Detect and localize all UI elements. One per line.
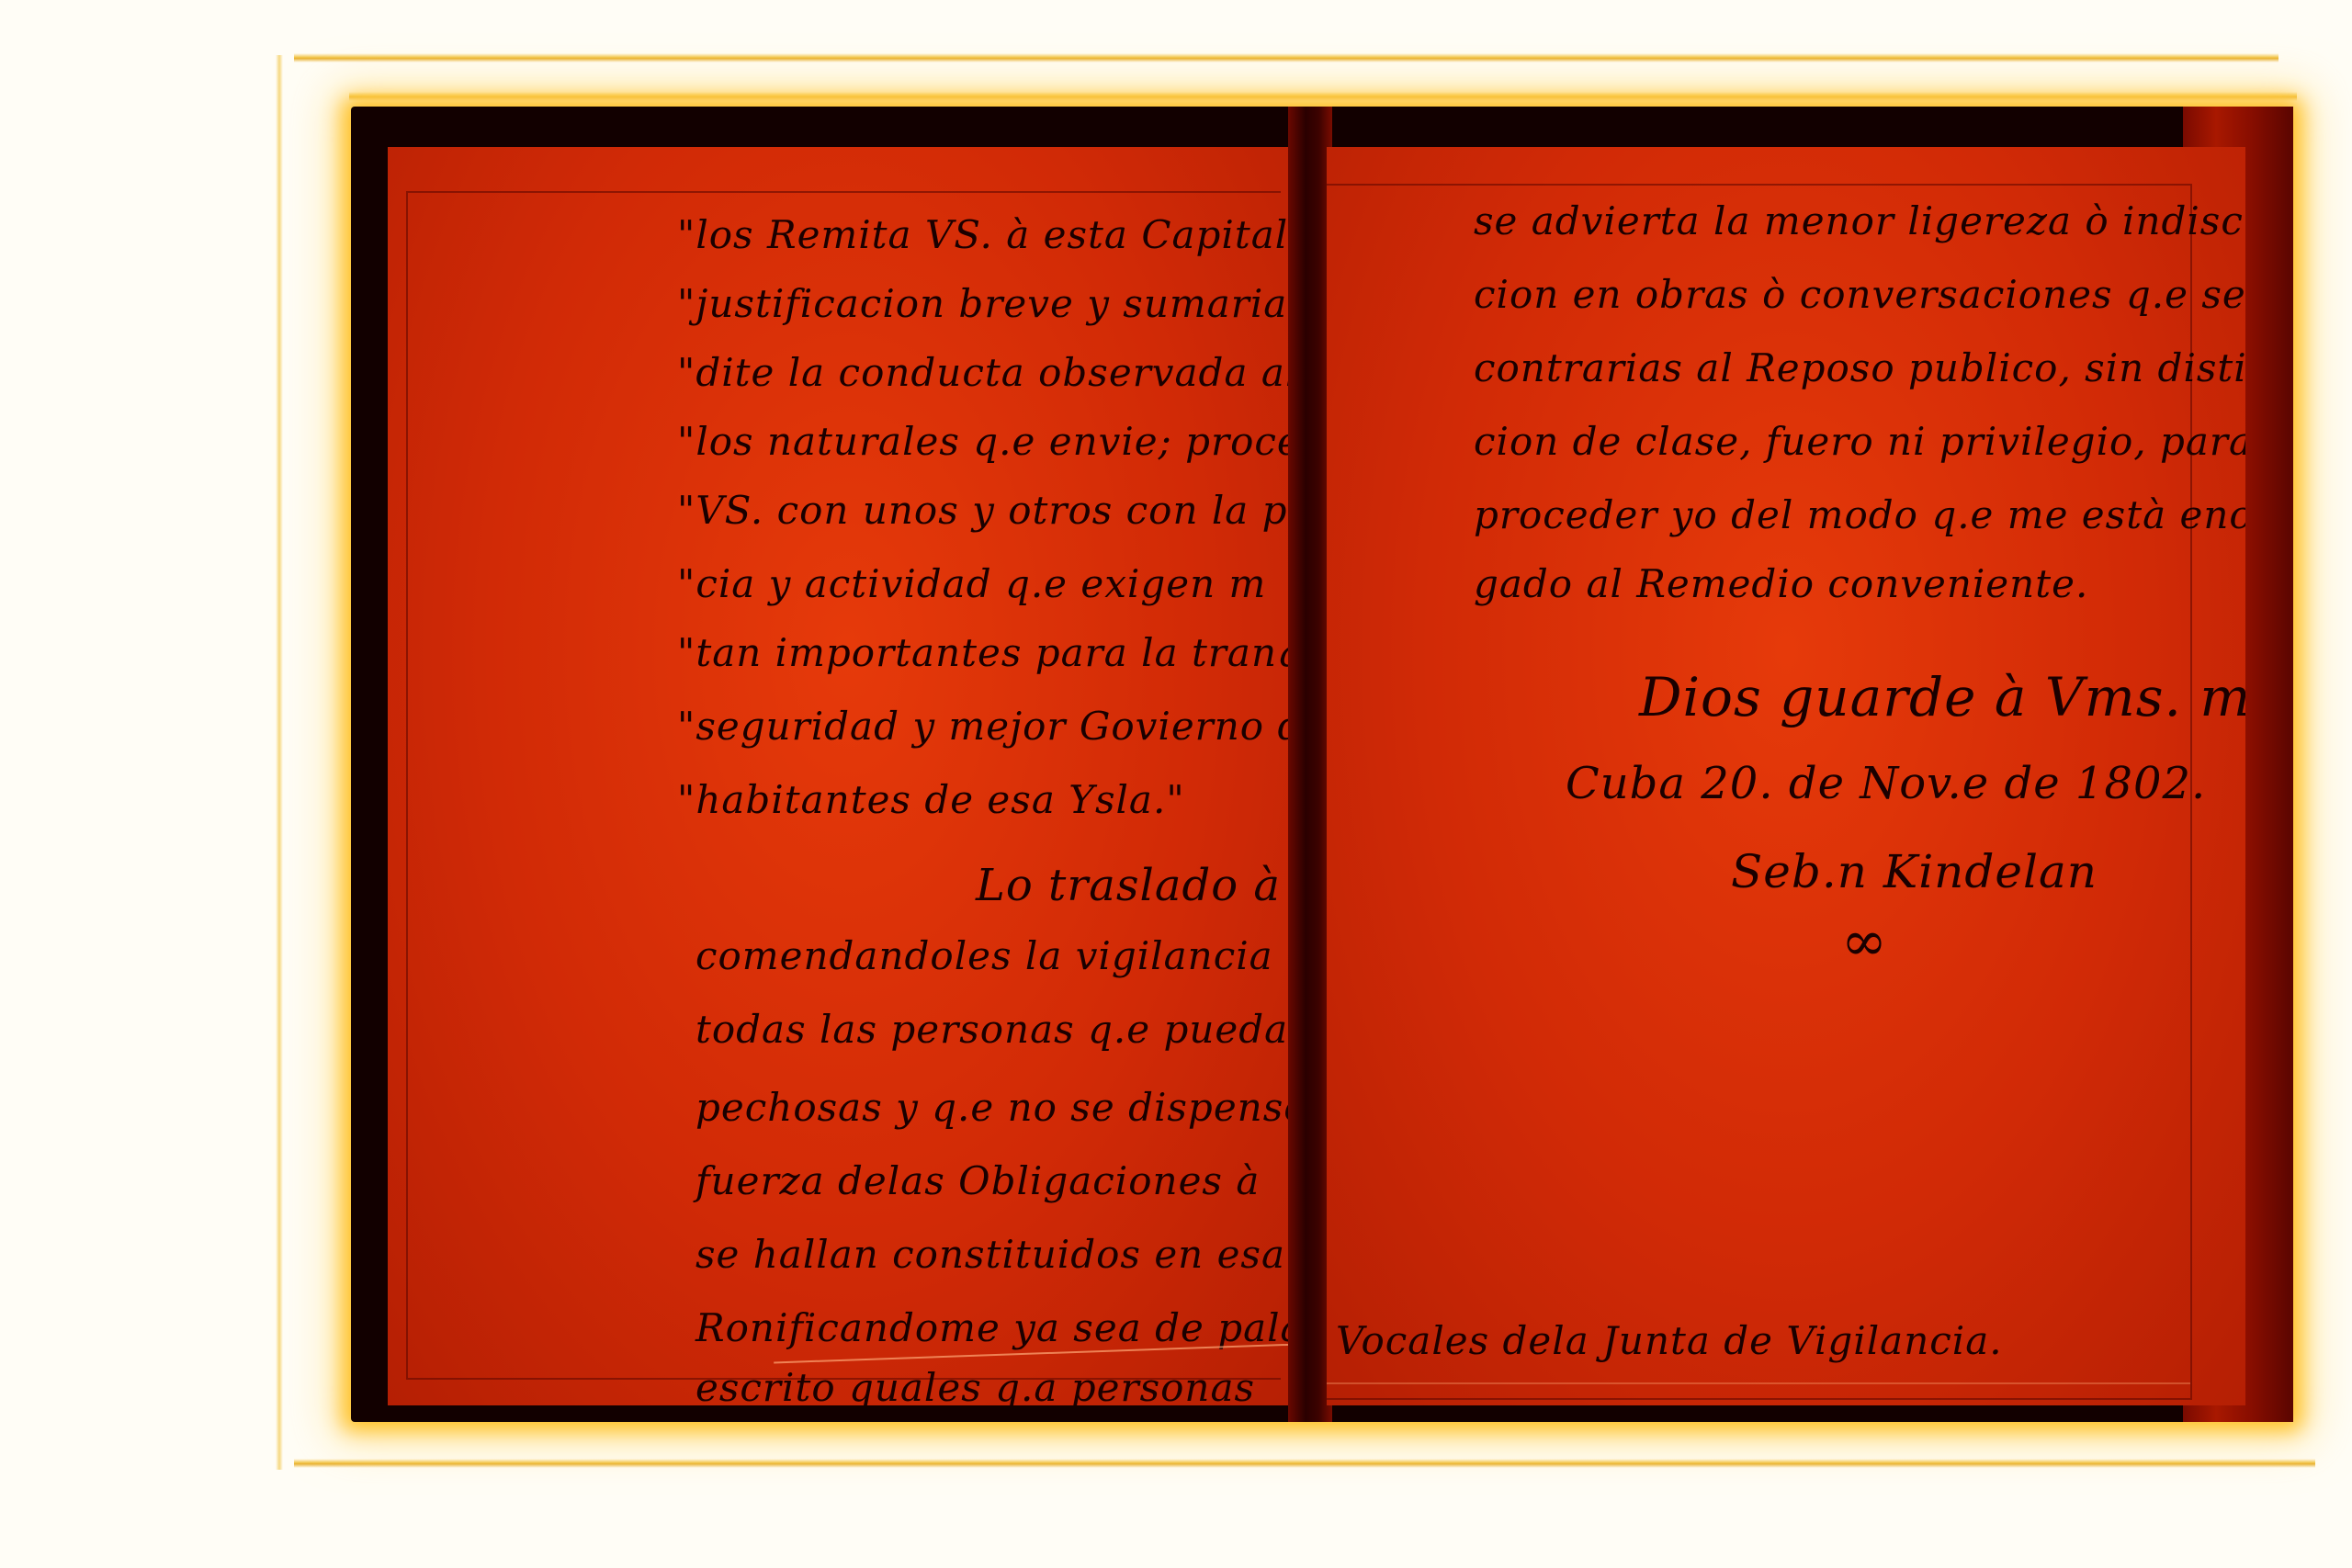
signature-flourish: ∞ xyxy=(1841,909,1888,974)
text-line: "seguridad y mejor Govierno d xyxy=(677,707,1303,746)
text-line: proceder yo del modo q.e me està encar xyxy=(1474,496,2245,535)
manuscript-photo: "los Remita VS. à esta Capital con "just… xyxy=(351,107,2293,1422)
text-line: escrito quales q.a personas xyxy=(695,1369,1255,1405)
text-line: se advierta la menor ligereza ò indiscre xyxy=(1474,202,2245,241)
text-line: Ronificandome ya sea de palab xyxy=(695,1309,1312,1348)
text-line: cion en obras ò conversaciones q.e sean xyxy=(1474,276,2245,314)
text-line: pechosas y q.e no se dispensen xyxy=(695,1089,1312,1127)
text-line: "habitantes de esa Ysla." xyxy=(677,781,1185,819)
mat-outer-bottom-line xyxy=(294,1459,2315,1468)
text-line: "justificacion breve y sumaria q.e a xyxy=(677,285,1312,323)
text-line: "cia y actividad q.e exigen m xyxy=(677,565,1266,604)
text-line: Lo traslado à Vm. xyxy=(976,863,1312,908)
closing-salutation: Dios guarde à Vms. m.s a.s xyxy=(1639,666,2245,728)
left-page: "los Remita VS. à esta Capital con "just… xyxy=(388,147,1312,1405)
text-line: "los Remita VS. à esta Capital con xyxy=(677,216,1312,254)
text-line: "dite la conducta observada ahi p xyxy=(677,354,1312,392)
text-line: fuerza delas Obligaciones à xyxy=(695,1162,1260,1201)
text-line: cion de clase, fuero ni privilegio, para xyxy=(1474,423,2245,461)
date-line: Cuba 20. de Nov.e de 1802. xyxy=(1566,758,2206,809)
text-line: "los naturales q.e envie; procediend xyxy=(677,423,1312,461)
mat-inner-top-line xyxy=(349,92,2297,101)
book-spine xyxy=(1288,107,1332,1422)
text-line: comendandoles la vigilancia xyxy=(695,937,1273,976)
footer-note: Vocales dela Junta de Vigilancia. xyxy=(1336,1318,2003,1363)
mat-outer-top-line xyxy=(294,53,2278,62)
text-line: "VS. con unos y otros con la prud xyxy=(677,491,1312,530)
text-line: gado al Remedio conveniente. xyxy=(1474,565,2088,604)
text-line: todas las personas q.e puedan se xyxy=(695,1010,1312,1049)
signature: Seb.n Kindelan xyxy=(1731,845,2098,898)
text-line: "tan importantes para la tranqu xyxy=(677,634,1312,672)
right-page: se advierta la menor ligereza ò indiscre… xyxy=(1327,147,2245,1405)
mat-outer-left-line xyxy=(276,55,283,1470)
text-line: se hallan constituidos en esa xyxy=(695,1235,1285,1274)
paper-crack xyxy=(1327,1382,2190,1384)
text-line: contrarias al Reposo publico, sin distin xyxy=(1474,349,2245,388)
